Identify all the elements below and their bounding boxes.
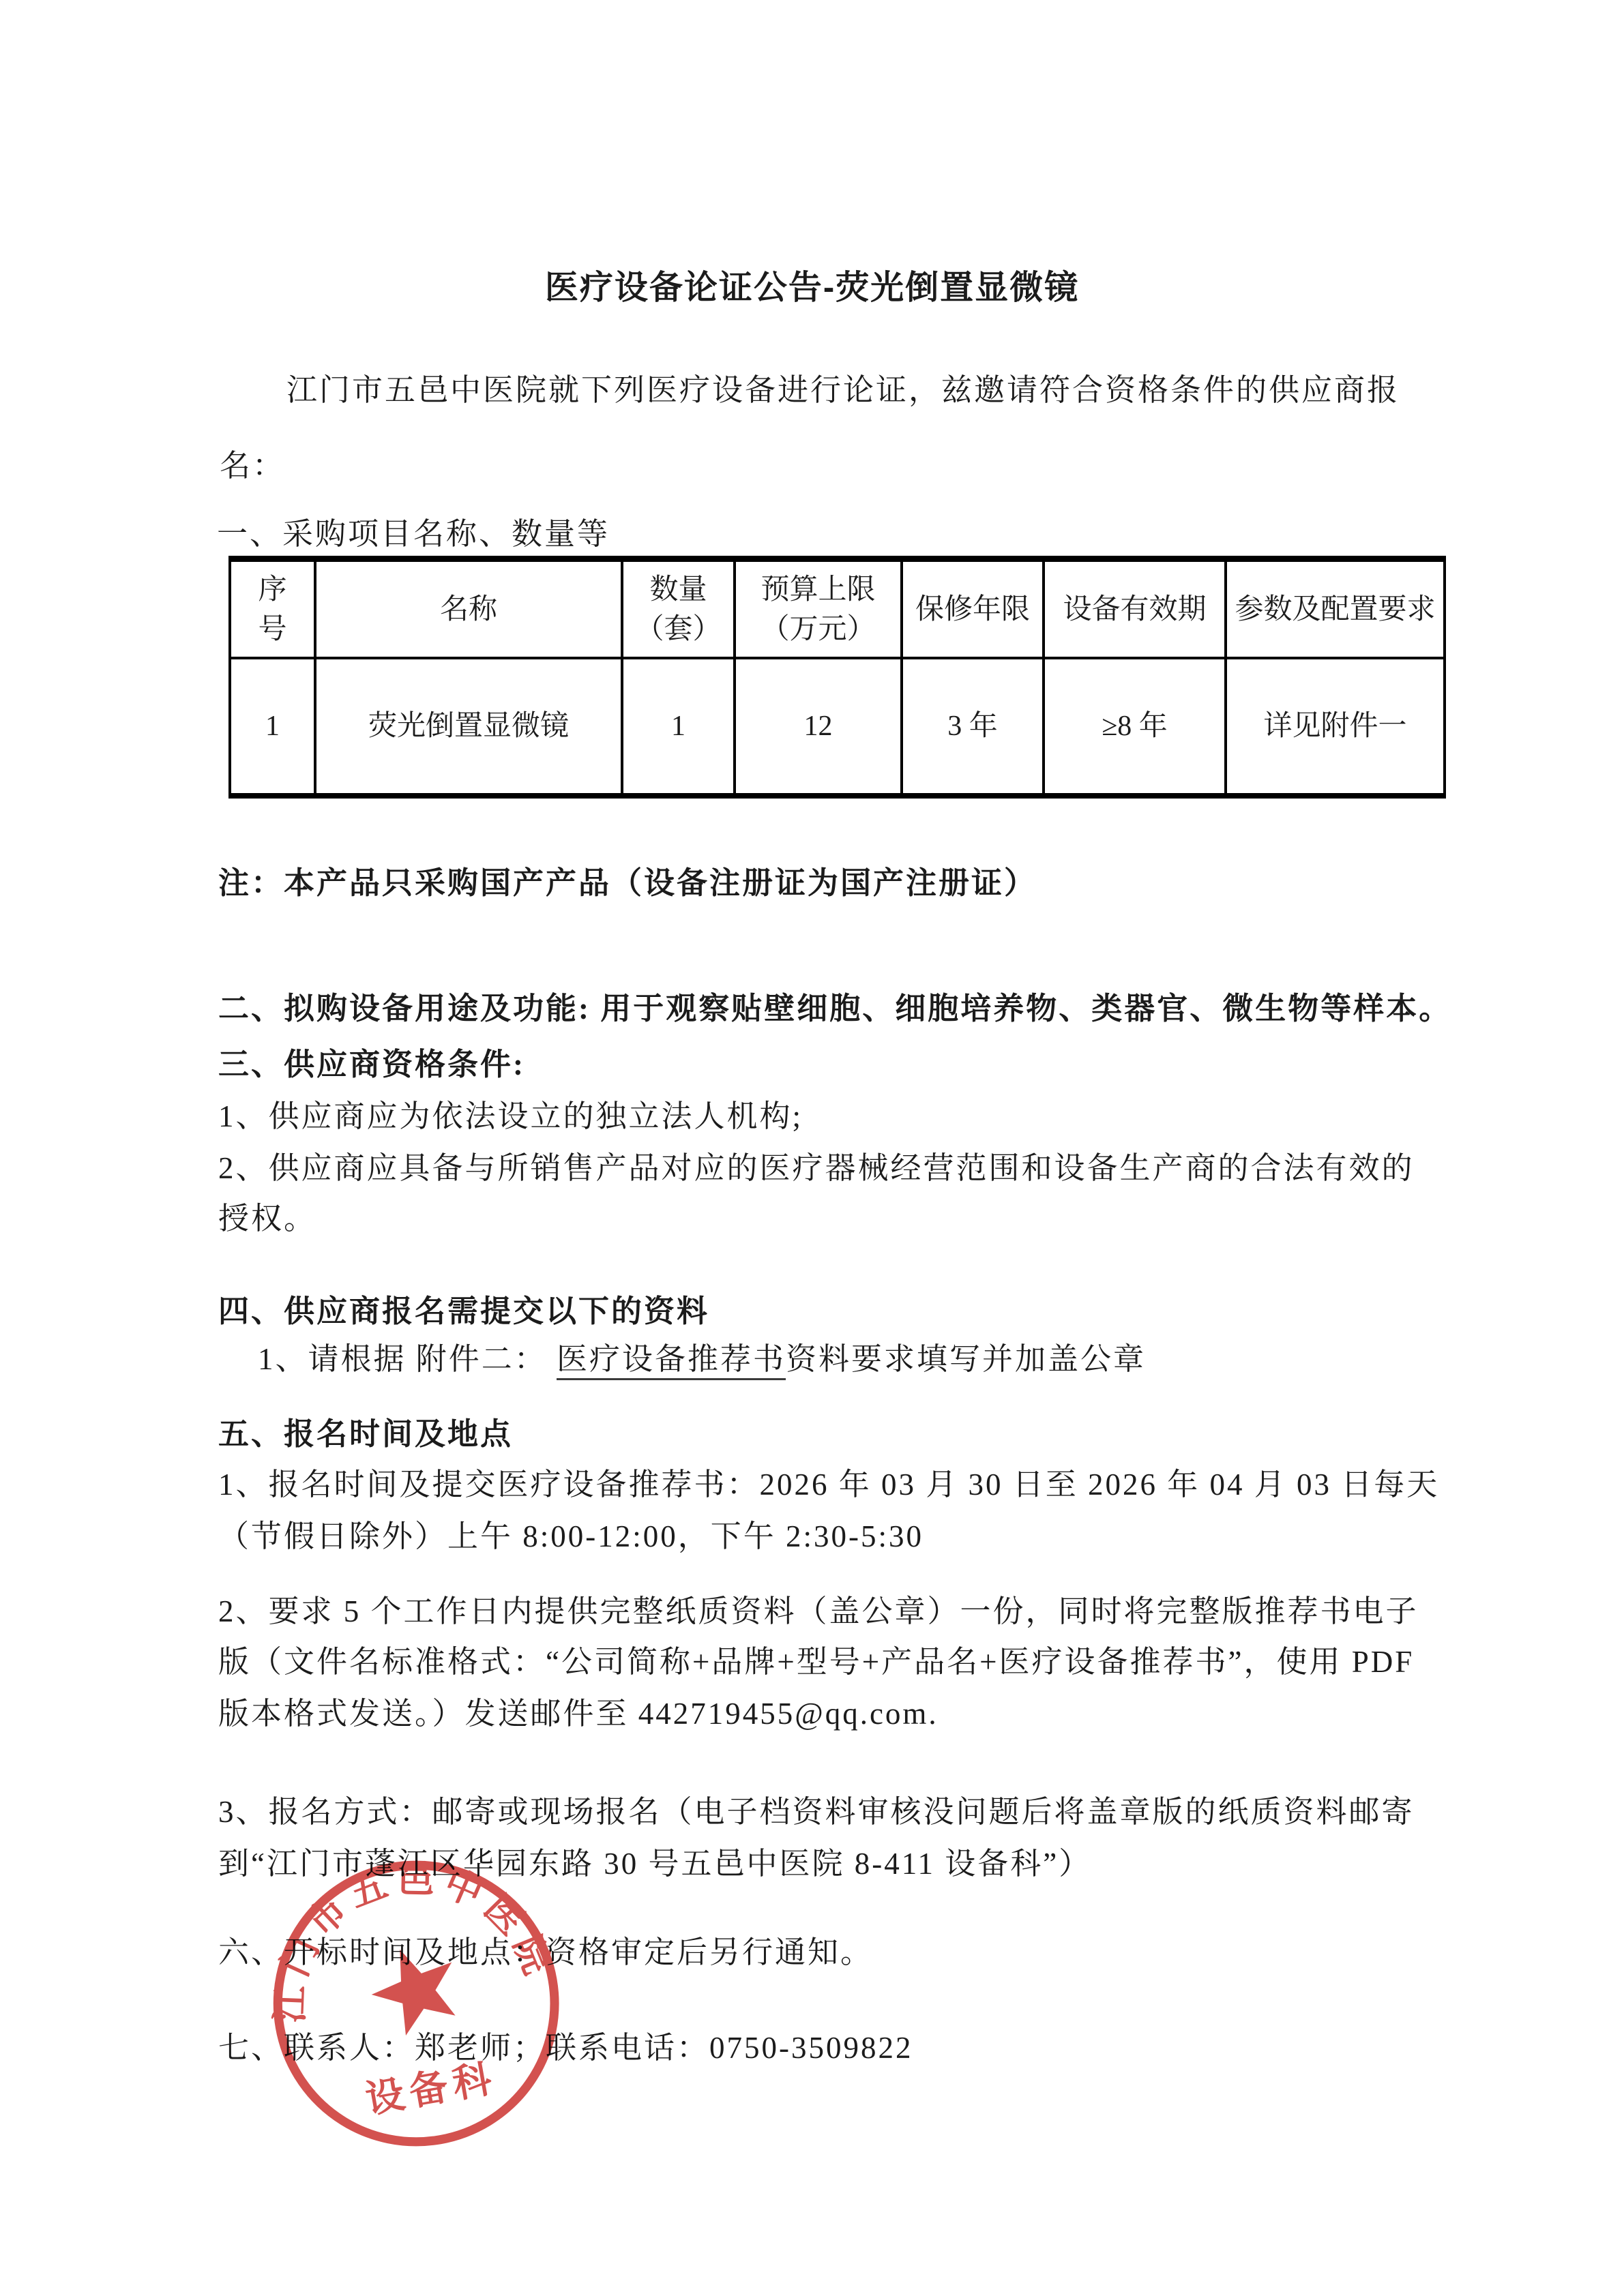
procurement-table: 序 号 名称 数量 （套） 预算上限 （万元） 保修年限 设备有效期 参数及配置… xyxy=(228,556,1446,799)
section3-item1: 1、供应商应为依法设立的独立法人机构; xyxy=(218,1095,803,1137)
table-header-cell: 保修年限 xyxy=(900,562,1042,657)
section7-line: 七、联系人：郑老师；联系电话：0750-3509822 xyxy=(218,2027,913,2069)
table-header-cell: 参数及配置要求 xyxy=(1224,562,1443,657)
table-header-row: 序 号 名称 数量 （套） 预算上限 （万元） 保修年限 设备有效期 参数及配置… xyxy=(231,562,1443,659)
section5-item3-line2: 到“江门市蓬江区华园东路 30 号五邑中医院 8-411 设备科”） xyxy=(218,1843,1091,1885)
table-header-cell: 预算上限 （万元） xyxy=(733,562,900,657)
table-cell-spec: 详见附件一 xyxy=(1224,659,1443,793)
section3-item2-line2: 授权。 xyxy=(218,1197,316,1240)
document-page: 医疗设备论证公告-荧光倒置显微镜 江门市五邑中医院就下列医疗设备进行论证，兹邀请… xyxy=(0,0,1624,2296)
intro-line-1: 江门市五邑中医院就下列医疗设备进行论证，兹邀请符合资格条件的供应商报 xyxy=(286,369,1400,411)
intro-line-2: 名： xyxy=(220,445,285,487)
section4-heading: 四、供应商报名需提交以下的资料 xyxy=(218,1290,709,1332)
table-cell-warranty: 3 年 xyxy=(900,659,1042,793)
section5-item3-line1: 3、报名方式：邮寄或现场报名（电子档资料审核没问题后将盖章版的纸质资料邮寄 xyxy=(218,1791,1415,1833)
section5-heading: 五、报名时间及地点 xyxy=(218,1413,513,1455)
section5-item2-line1: 2、要求 5 个工作日内提供完整纸质资料（盖公章）一份，同时将完整版推荐书电子 xyxy=(218,1590,1419,1632)
section5-item2-line2: 版（文件名标准格式：“公司简称+品牌+型号+产品名+医疗设备推荐书”，使用 PD… xyxy=(218,1641,1414,1683)
section1-heading: 一、采购项目名称、数量等 xyxy=(217,513,610,555)
section3-item2-line1: 2、供应商应具备与所销售产品对应的医疗器械经营范围和设备生产商的合法有效的 xyxy=(218,1147,1415,1189)
table-header-cell: 序 号 xyxy=(231,562,314,657)
table-cell-budget: 12 xyxy=(733,659,900,793)
table-cell-name: 荧光倒置显微镜 xyxy=(314,659,621,793)
table-cell-quantity: 1 xyxy=(621,659,733,793)
section5-item1-line2: （节假日除外）上午 8:00-12:00，下午 2:30-5:30 xyxy=(218,1515,924,1557)
table-header-cell: 设备有效期 xyxy=(1042,562,1224,657)
table-header-cell: 数量 （套） xyxy=(621,562,733,657)
section5-item1-line1: 1、报名时间及提交医疗设备推荐书：2026 年 03 月 30 日至 2026 … xyxy=(218,1463,1439,1506)
official-seal-stamp: 江门市五邑中医院 设备科 xyxy=(265,1849,567,2156)
note-line: 注：本产品只采购国产产品（设备注册证为国产注册证） xyxy=(218,862,1037,904)
table-cell-index: 1 xyxy=(231,659,314,793)
section3-heading: 三、供应商资格条件: xyxy=(218,1043,525,1086)
section4-item1: 1、请根据 附件二： 医疗设备推荐书资料要求填写并加盖公章 xyxy=(258,1338,1146,1380)
section5-item2-line3: 版本格式发送。）发送邮件至 442719455@qq.com. xyxy=(218,1693,939,1735)
stamp-ring xyxy=(265,1849,567,2156)
section6-line: 六、开标时间及地点：资格审定后另行通知。 xyxy=(218,1931,873,1973)
section4-item1-prefix: 1、请根据 附件二： xyxy=(258,1342,557,1376)
table-row: 1 荧光倒置显微镜 1 12 3 年 ≥8 年 详见附件一 xyxy=(231,659,1443,793)
page-title: 医疗设备论证公告-荧光倒置显微镜 xyxy=(0,261,1624,309)
table-cell-validity: ≥8 年 xyxy=(1042,659,1224,793)
section4-item1-suffix: 资料要求填写并加盖公章 xyxy=(786,1342,1146,1376)
table-header-cell: 名称 xyxy=(314,562,621,657)
section2-heading: 二、拟购设备用途及功能: 用于观察贴壁细胞、细胞培养物、类器官、微生物等样本。 xyxy=(218,987,1451,1030)
attachment2-link: 医疗设备推荐书 xyxy=(557,1342,786,1380)
